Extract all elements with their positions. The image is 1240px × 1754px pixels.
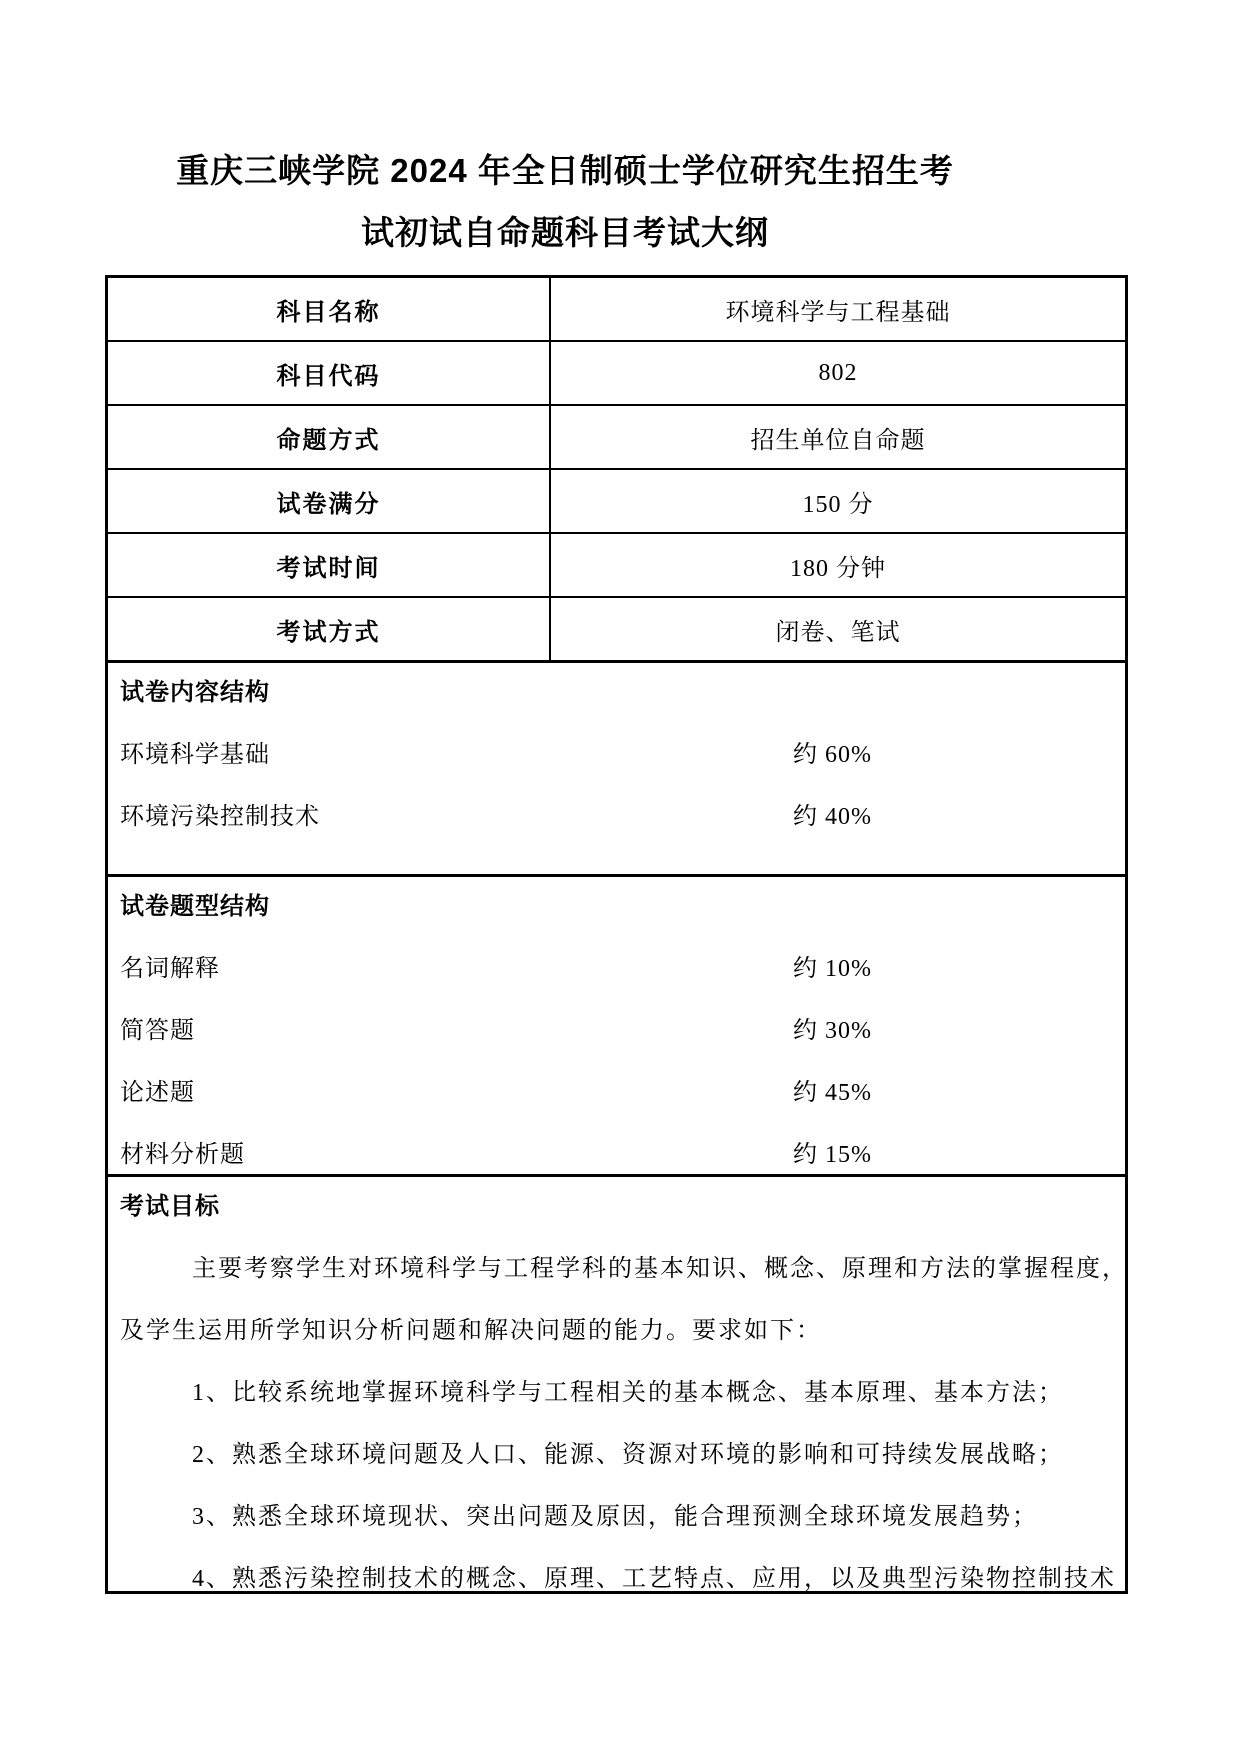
table-row-proposition-mode: 命题方式 招生单位自命题 [108,406,1125,470]
table-row-subject-code: 科目代码 802 [108,342,1125,406]
row-value: 招生单位自命题 [551,406,1125,468]
row-value: 180 分钟 [551,534,1125,596]
question-percentage: 约 10% [793,957,872,981]
title-line-2: 试初试自命题科目考试大纲 [0,202,1130,264]
question-row: 论述题 约 45% [120,1081,1113,1105]
table-row-full-score: 试卷满分 150 分 [108,470,1125,534]
question-percentage: 约 15% [793,1143,872,1167]
content-label: 环境科学基础 [120,742,270,768]
row-value: 环境科学与工程基础 [551,278,1125,340]
question-row: 简答题 约 30% [120,1019,1113,1043]
exam-outline-table: 科目名称 环境科学与工程基础 科目代码 802 命题方式 招生单位自命题 试卷满… [105,275,1128,1594]
section-question-structure: 试卷题型结构 名词解释 约 10% 简答题 约 30% 论述题 约 45% 材料… [108,877,1125,1177]
section-heading: 试卷题型结构 [120,895,1113,919]
row-value: 闭卷、笔试 [551,598,1125,660]
row-label: 考试时间 [108,534,551,596]
objectives-paragraph-line: 主要考察学生对环境科学与工程学科的基本知识、概念、原理和方法的掌握程度， [120,1257,1113,1281]
content-row: 环境科学基础 约 60% [120,743,1113,767]
objectives-item: 3、熟悉全球环境现状、突出问题及原因，能合理预测全球环境发展趋势； [120,1505,1113,1529]
question-label: 名词解释 [120,956,220,982]
row-value: 802 [551,342,1125,404]
section-exam-objectives: 考试目标 主要考察学生对环境科学与工程学科的基本知识、概念、原理和方法的掌握程度… [108,1177,1125,1591]
objectives-paragraph-line: 及学生运用所学知识分析问题和解决问题的能力。要求如下： [120,1319,1113,1343]
content-row: 环境污染控制技术 约 40% [120,805,1113,829]
row-label: 科目名称 [108,278,551,340]
question-row: 材料分析题 约 15% [120,1143,1113,1167]
content-percentage: 约 40% [793,805,872,829]
document-page: 重庆三峡学院 2024 年全日制硕士学位研究生招生考 试初试自命题科目考试大纲 … [0,0,1240,1754]
row-label: 命题方式 [108,406,551,468]
row-value: 150 分 [551,470,1125,532]
objectives-item: 4、熟悉污染控制技术的概念、原理、工艺特点、应用，以及典型污染物控制技术 [120,1567,1113,1591]
row-label: 科目代码 [108,342,551,404]
question-label: 材料分析题 [120,1142,245,1168]
objectives-item: 1、比较系统地掌握环境科学与工程相关的基本概念、基本原理、基本方法； [120,1381,1113,1405]
document-title: 重庆三峡学院 2024 年全日制硕士学位研究生招生考 试初试自命题科目考试大纲 [0,140,1130,264]
question-percentage: 约 45% [793,1081,872,1105]
section-heading: 考试目标 [120,1195,1113,1219]
objectives-item: 2、熟悉全球环境问题及人口、能源、资源对环境的影响和可持续发展战略； [120,1443,1113,1467]
table-row-exam-duration: 考试时间 180 分钟 [108,534,1125,598]
table-row-subject-name: 科目名称 环境科学与工程基础 [108,278,1125,342]
section-heading: 试卷内容结构 [120,681,1113,705]
question-label: 论述题 [120,1080,195,1106]
question-percentage: 约 30% [793,1019,872,1043]
section-content-structure: 试卷内容结构 环境科学基础 约 60% 环境污染控制技术 约 40% [108,663,1125,877]
row-label: 考试方式 [108,598,551,660]
question-label: 简答题 [120,1018,195,1044]
row-label: 试卷满分 [108,470,551,532]
table-row-exam-mode: 考试方式 闭卷、笔试 [108,598,1125,663]
content-percentage: 约 60% [793,743,872,767]
content-label: 环境污染控制技术 [120,804,320,830]
title-line-1: 重庆三峡学院 2024 年全日制硕士学位研究生招生考 [0,140,1130,202]
question-row: 名词解释 约 10% [120,957,1113,981]
